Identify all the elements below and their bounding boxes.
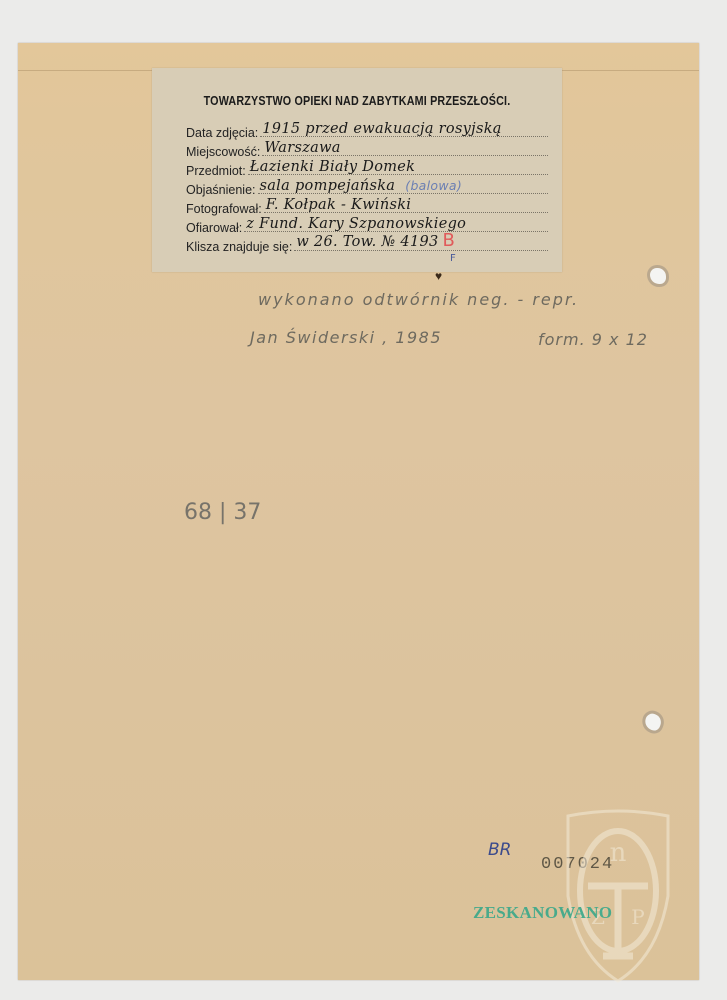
field-value: sala pompejańska <box>260 178 396 194</box>
scanned-stamp: ZESKANOWANO <box>473 903 612 923</box>
field-label: Ofiarował: <box>186 221 242 235</box>
label-title: TOWARZYSTWO OPIEKI NAD ZABYTKAMI PRZESZŁ… <box>181 94 534 108</box>
punch-hole <box>650 268 666 284</box>
catalog-number: 68 | 37 <box>184 500 261 525</box>
archival-card: TOWARZYSTWO OPIEKI NAD ZABYTKAMI PRZESZŁ… <box>18 43 699 980</box>
field-label: Objaśnienie: <box>186 183 256 197</box>
svg-text:n: n <box>610 838 627 868</box>
blue-f-mark: F <box>450 253 456 264</box>
red-ink-mark: B <box>443 230 456 251</box>
field-subject: Przedmiot: Łazienki Biały Domek <box>186 160 548 178</box>
ink-blot: ♥ <box>435 269 442 283</box>
field-value: Warszawa <box>264 140 340 156</box>
society-label: TOWARZYSTWO OPIEKI NAD ZABYTKAMI PRZESZŁ… <box>152 68 562 272</box>
field-label: Przedmiot: <box>186 164 246 178</box>
pencil-note-author: Jan Świderski , 1985 <box>250 328 442 347</box>
field-value: 1915 przed ewakuacją rosyjską <box>262 121 501 137</box>
field-value: w 26. Tow. № 4193 <box>296 234 438 250</box>
pencil-note-format: form. 9 x 12 <box>538 330 648 349</box>
field-photographer: Fotografował: F. Kołpak - Kwiński <box>186 198 548 216</box>
field-photo-date: Data zdjęcia: 1915 przed ewakuacją rosyj… <box>186 122 548 140</box>
field-label: Klisza znajduje się: <box>186 240 292 254</box>
blue-ink-note: (balowa) <box>405 178 462 193</box>
field-value: Łazienki Biały Domek <box>250 159 416 175</box>
field-label: Fotografował: <box>186 202 262 216</box>
field-negative-location: Klisza znajduje się: w 26. Tow. № 4193B <box>186 236 548 254</box>
field-description: Objaśnienie: sala pompejańska(balowa) <box>186 179 548 197</box>
initials-mark: BR <box>488 840 511 860</box>
punch-hole <box>643 712 664 733</box>
watermark-shield-icon: n Z P <box>558 806 678 986</box>
svg-text:P: P <box>631 905 644 929</box>
field-value: F. Kołpak - Kwiński <box>266 197 412 213</box>
field-label: Miejscowość: <box>186 145 260 159</box>
pencil-note-negative: wykonano odtwórnik neg. - repr. <box>258 290 579 309</box>
field-location: Miejscowość: Warszawa <box>186 141 548 159</box>
field-label: Data zdjęcia: <box>186 126 258 140</box>
